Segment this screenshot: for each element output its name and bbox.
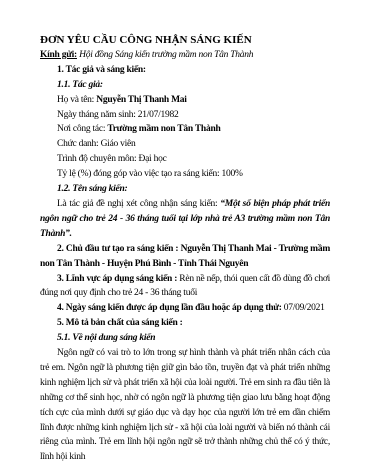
field-row-contribution: Tỷ lệ (%) đóng góp vào việc tạo ra sáng … (40, 167, 330, 182)
section-4: 4. Ngày sáng kiến được áp dụng lần đầu h… (40, 301, 330, 316)
section-3: 3. Lĩnh vực áp dụng sáng kiến : Rèn nề n… (40, 272, 330, 302)
field-row-name: Họ và tên: Nguyễn Thị Thanh Mai (40, 93, 330, 108)
section-5-1-heading: 5.1. Về nội dung sáng kiến (40, 331, 330, 346)
field-value: Trường mầm non Tân Thành (107, 124, 220, 134)
salutation: Kính gửi: Hội đồng Sáng kiến trường mầm … (40, 48, 330, 63)
salutation-recipient: Hội đồng Sáng kiến trường mầm non Tân Th… (79, 50, 253, 60)
proposal-intro: Là tác giả đề nghị xét công nhận sáng ki… (57, 199, 217, 209)
section-1-2-heading: 1.2. Tên sáng kiến: (40, 182, 330, 197)
field-row-birthdate: Ngày tháng năm sinh: 21/07/1982 (40, 108, 330, 123)
field-label: Trình độ chuyên môn: (57, 154, 136, 164)
field-label: Chức danh: (57, 139, 98, 149)
field-value: 100% (221, 169, 242, 179)
section-1-1-heading: 1.1. Tác giả: (40, 78, 330, 93)
section-3-heading: 3. Lĩnh vực áp dụng sáng kiến : (57, 274, 177, 284)
field-value: Nguyễn Thị Thanh Mai (96, 95, 186, 105)
section-4-value: 07/09/2021 (284, 303, 325, 313)
field-label: Tỷ lệ (%) đóng góp vào việc tạo ra sáng … (57, 169, 219, 179)
field-row-qualification: Trình độ chuyên môn: Đại học (40, 152, 330, 167)
salutation-label: Kính gửi: (40, 50, 77, 60)
section-5-heading: 5. Mô tả bản chất của sáng kiến : (40, 316, 330, 331)
field-label: Ngày tháng năm sinh: (57, 110, 136, 120)
document-page: ĐƠN YÊU CẦU CÔNG NHẬN SÁNG KIẾN Kính gửi… (0, 0, 366, 473)
field-value: Đại học (138, 154, 166, 164)
field-label: Họ và tên: (57, 95, 94, 105)
section-4-heading: 4. Ngày sáng kiến được áp dụng lần đầu h… (57, 303, 282, 313)
field-row-title: Chức danh: Giáo viên (40, 137, 330, 152)
field-label: Nơi công tác: (57, 124, 105, 134)
field-value: Giáo viên (101, 139, 136, 149)
field-value: 21/07/1982 (138, 110, 179, 120)
doc-title: ĐƠN YÊU CẦU CÔNG NHẬN SÁNG KIẾN (40, 33, 330, 48)
section-1-heading: 1. Tác giả và sáng kiến: (40, 63, 330, 78)
field-row-workplace: Nơi công tác: Trường mầm non Tân Thành (40, 122, 330, 137)
section-2-heading: 2. Chủ đầu tư tạo ra sáng kiến : (57, 244, 178, 254)
initiative-proposal: Là tác giả đề nghị xét công nhận sáng ki… (40, 197, 330, 242)
section-5-1-body: Ngôn ngữ có vai trò to lớn trong sự hình… (40, 346, 330, 465)
section-2: 2. Chủ đầu tư tạo ra sáng kiến : Nguyễn … (40, 242, 330, 272)
